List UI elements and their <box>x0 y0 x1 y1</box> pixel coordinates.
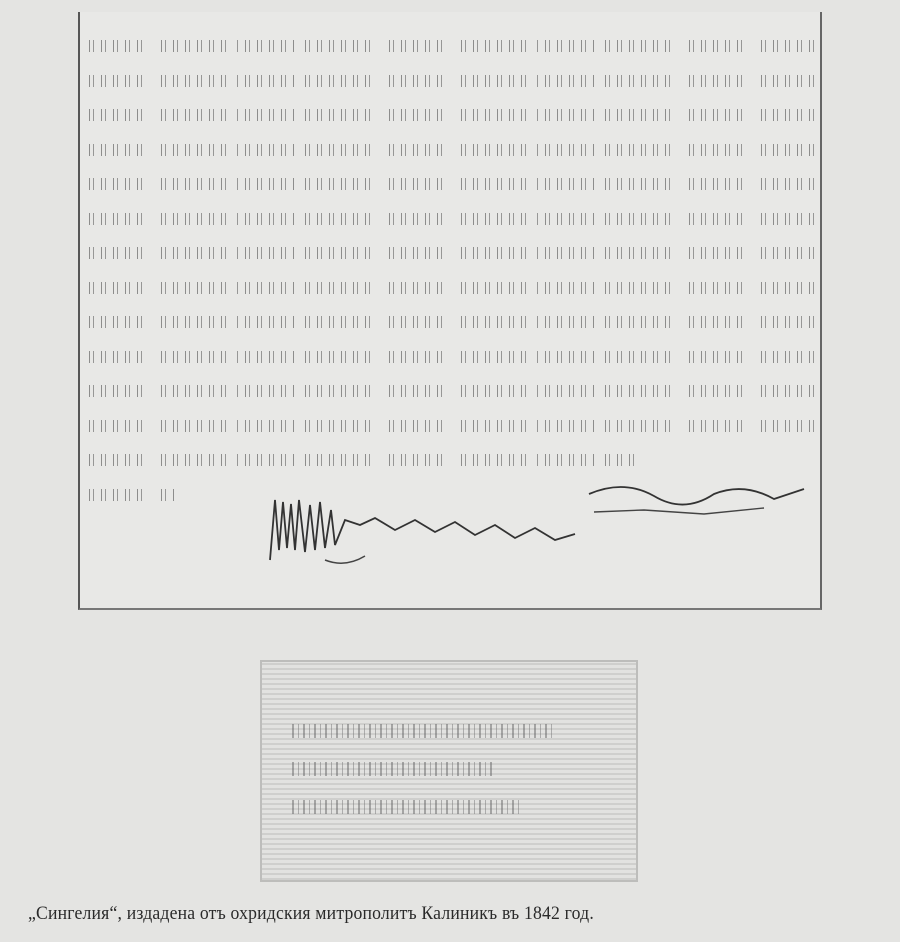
manuscript-text <box>86 30 814 513</box>
manuscript-line <box>86 410 814 445</box>
manuscript-line <box>86 341 814 376</box>
seal-impression <box>260 660 638 882</box>
manuscript-line <box>86 65 814 100</box>
manuscript-line <box>86 99 814 134</box>
seal-inscription <box>292 712 606 826</box>
manuscript-line <box>86 134 814 169</box>
manuscript-line <box>86 306 814 341</box>
manuscript-line <box>86 30 814 65</box>
manuscript-line <box>86 203 814 238</box>
manuscript-page <box>78 12 822 610</box>
signature-flourish-icon <box>584 474 814 524</box>
manuscript-line <box>86 237 814 272</box>
manuscript-line <box>86 272 814 307</box>
signature-icon <box>265 490 595 570</box>
manuscript-line <box>86 168 814 203</box>
figure-caption: „Сингелия“, издадена отъ охридския митро… <box>28 903 819 925</box>
manuscript-line <box>86 375 814 410</box>
